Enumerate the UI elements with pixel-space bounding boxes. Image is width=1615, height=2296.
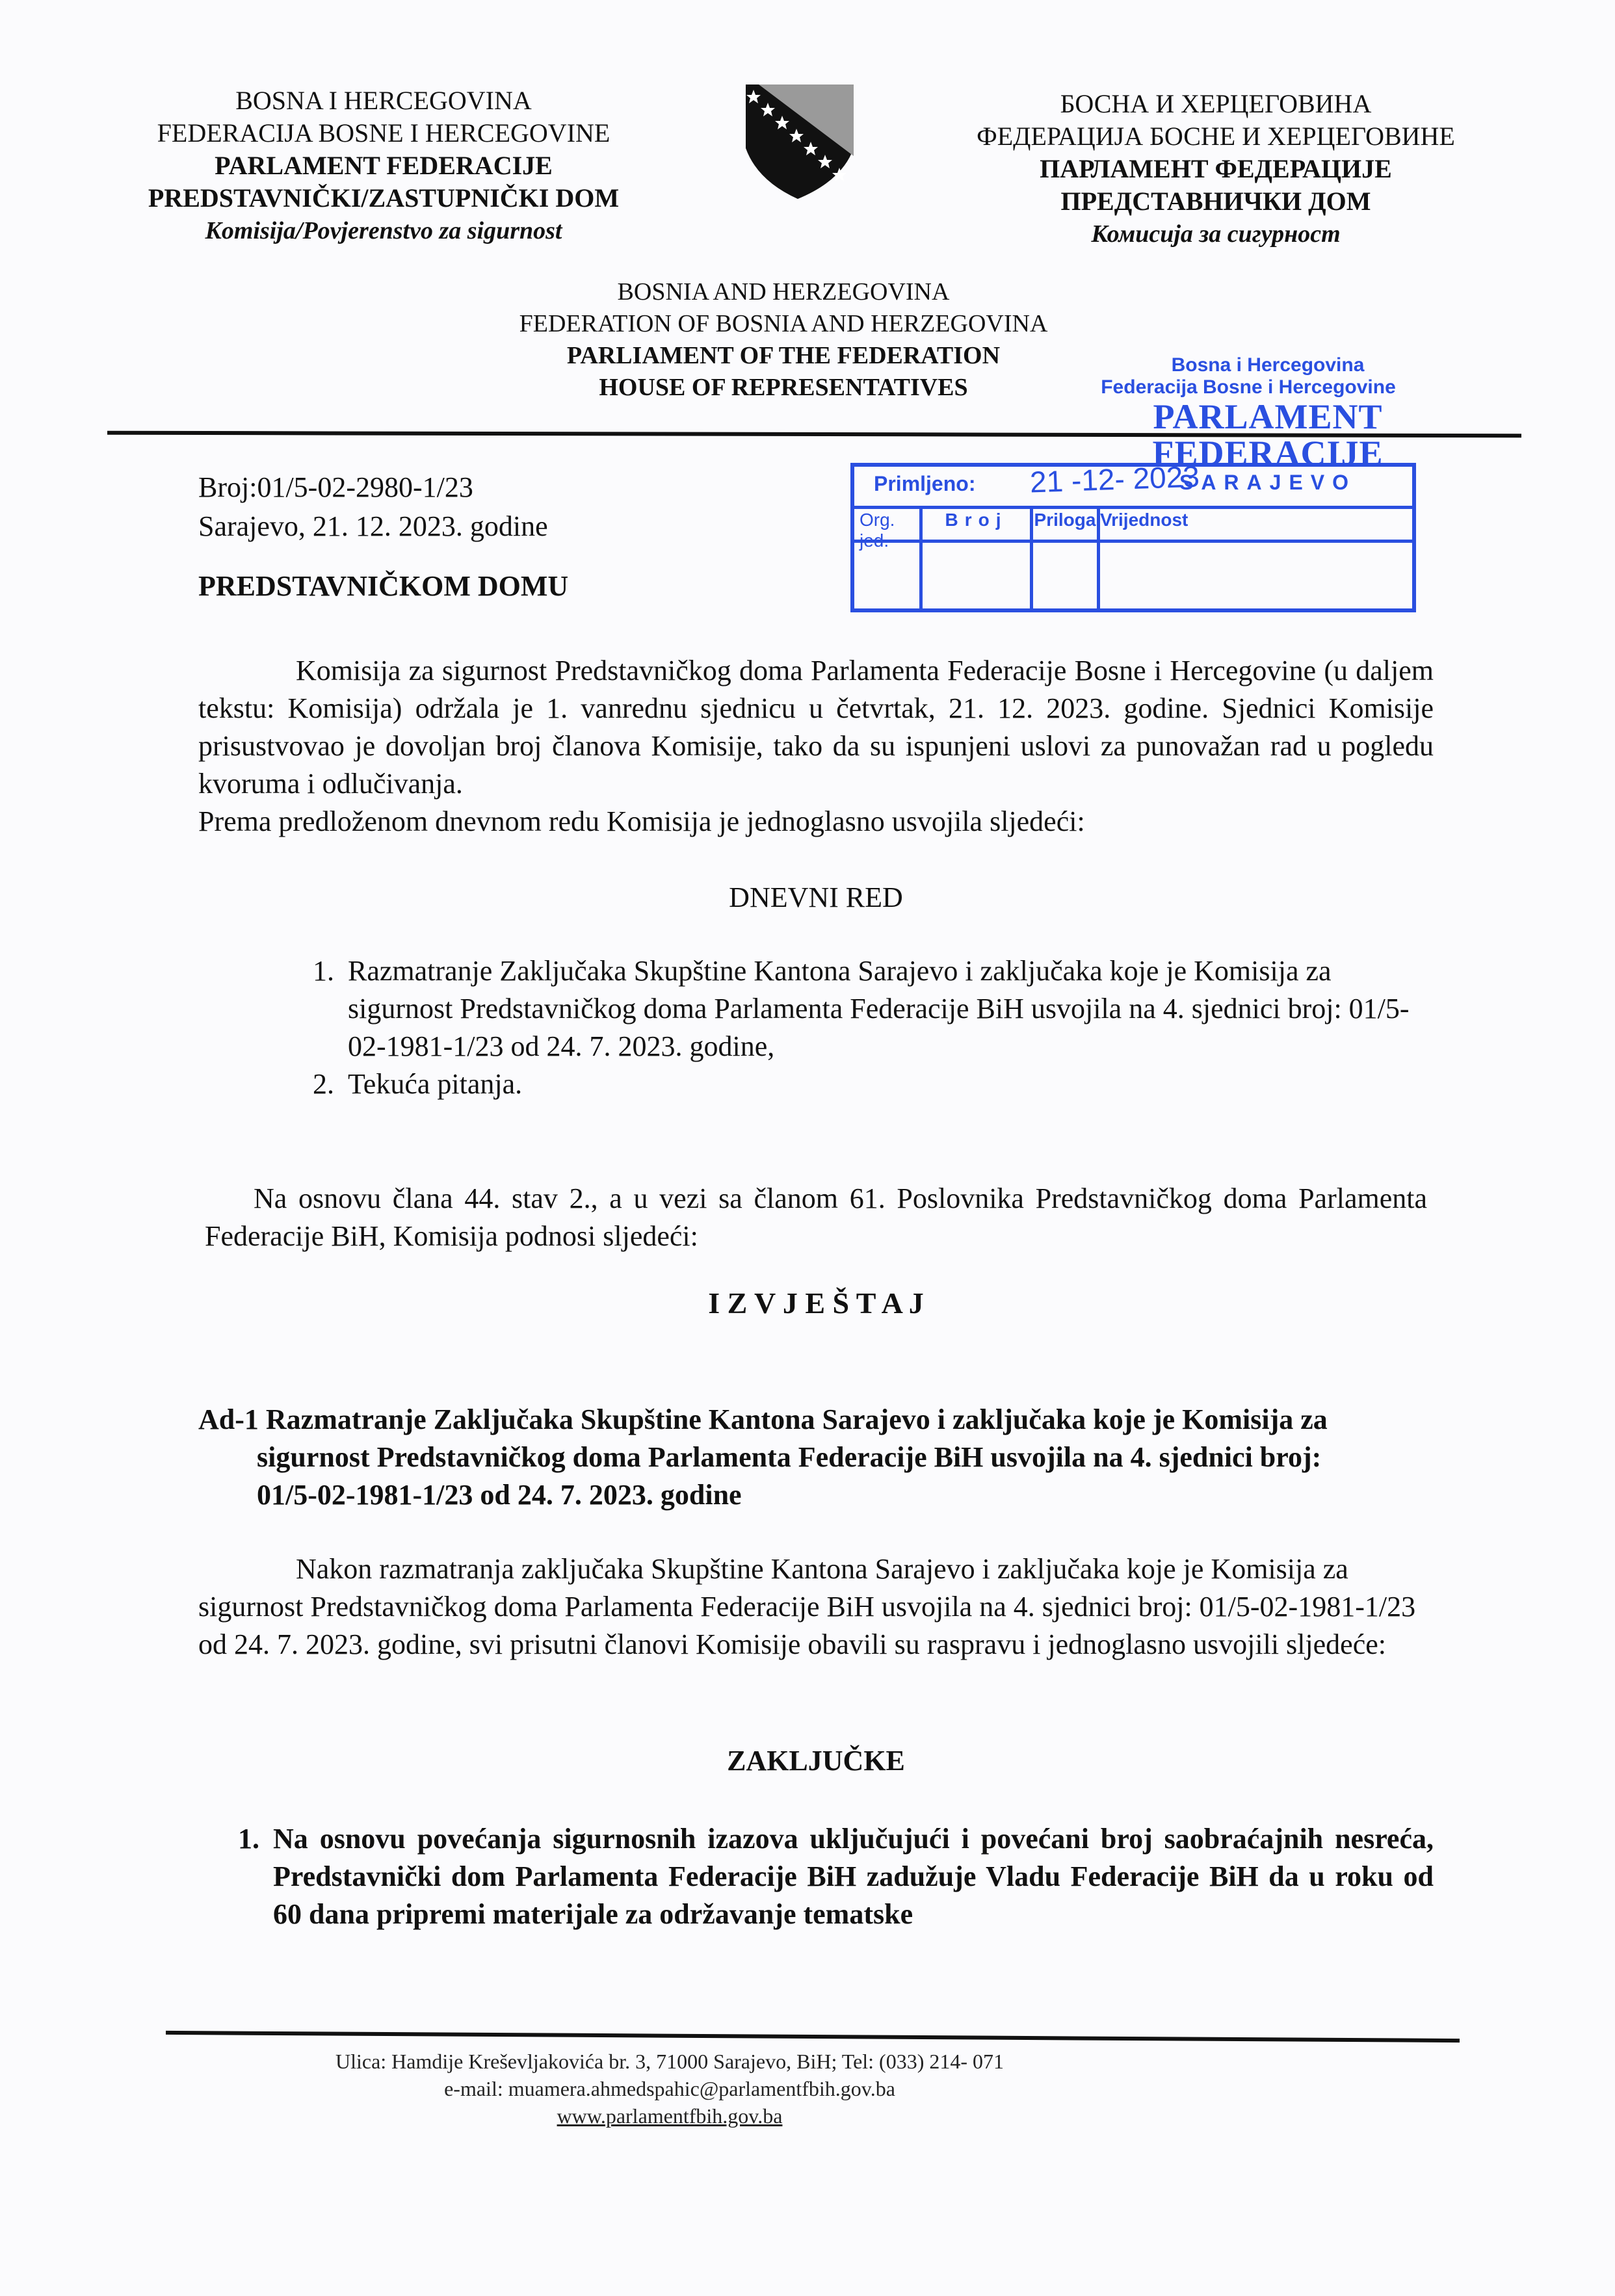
coat-of-arms-icon — [744, 83, 855, 200]
header-center-english: BOSNIA AND HERZEGOVINA FEDERATION OF BOS… — [468, 276, 1099, 404]
stamp-col-org-label: Org. jed. — [854, 507, 919, 554]
header-left-line4: PREDSTAVNIČKI/ZASTUPNIČKI DOM — [130, 182, 637, 215]
ad1-heading: Ad-1 Razmatranje Zaključaka Skupštine Ka… — [198, 1401, 1375, 1514]
document-meta: Broj:01/5-02-2980-1/23 Sarajevo, 21. 12.… — [198, 468, 568, 606]
intro-p1: Komisija za sigurnost Predstavničkog dom… — [198, 652, 1434, 803]
intro-paragraph: Komisija za sigurnost Predstavničkog dom… — [198, 652, 1434, 841]
header-right-line5: Комисија за сигурност — [936, 218, 1495, 250]
header-right-cyrillic: БОСНА И ХЕРЦЕГОВИНА ФЕДЕРАЦИЈА БОСНЕ И Х… — [936, 88, 1495, 250]
header-left-latin: BOSNA I HERCEGOVINA FEDERACIJA BOSNE I H… — [130, 85, 637, 247]
legal-basis: Na osnovu člana 44. stav 2., a u vezi sa… — [205, 1180, 1427, 1255]
ad1-text: Nakon razmatranja zaključaka Skupštine K… — [198, 1550, 1421, 1663]
footer-divider — [166, 2031, 1460, 2042]
conclusion-item: Na osnovu povećanja sigurnosnih izazova … — [267, 1820, 1434, 1933]
header-right-line3: ПАРЛАМЕНТ ФЕДЕРАЦИЈЕ — [936, 153, 1495, 185]
header-center-line1: BOSNIA AND HERZEGOVINA — [468, 276, 1099, 308]
header-right-line1: БОСНА И ХЕРЦЕГОВИНА — [936, 88, 1495, 120]
stamp-col-broj-label: Broj — [923, 507, 1030, 533]
footer-website-link[interactable]: www.parlamentfbih.gov.ba — [557, 2104, 783, 2128]
header-right-line4: ПРЕДСТАВНИЧКИ ДОМ — [936, 185, 1495, 218]
header-center-line2: FEDERATION OF BOSNIA AND HERZEGOVINA — [468, 308, 1099, 340]
document-number: Broj:01/5-02-2980-1/23 — [198, 468, 568, 507]
header-left-line5: Komisija/Povjerenstvo za sigurnost — [130, 215, 637, 247]
header-left-line2: FEDERACIJA BOSNE I HERCEGOVINE — [130, 117, 637, 150]
header-center-line4: HOUSE OF REPRESENTATIVES — [468, 372, 1099, 404]
conclusions-list: Na osnovu povećanja sigurnosnih izazova … — [228, 1820, 1434, 1933]
stamp-col-priloga-label: Priloga — [1033, 507, 1097, 533]
stamp-col-vrijednost: Vrijednost — [1100, 507, 1185, 608]
agenda-list: Razmatranje Zaključaka Skupštine Kantona… — [296, 952, 1434, 1103]
footer-email[interactable]: e-mail: muamera.ahmedspahic@parlamentfbi… — [166, 2075, 1174, 2102]
stamp-col-priloga: Priloga — [1033, 507, 1100, 608]
header-right-line2: ФЕДЕРАЦИЈА БОСНЕ И ХЕРЦЕГОВИНЕ — [936, 120, 1495, 153]
stamp-col-vrijednost-label: Vrijednost — [1100, 507, 1185, 533]
agenda-title: DNEVNI RED — [198, 881, 1434, 914]
header-center-line3: PARLIAMENT OF THE FEDERATION — [468, 340, 1099, 372]
stamp-col-org: Org. jed. — [854, 507, 923, 608]
footer: Ulica: Hamdije Kreševljakovića br. 3, 71… — [166, 2048, 1174, 2130]
agenda-item: Razmatranje Zaključaka Skupštine Kantona… — [341, 952, 1434, 1065]
header-left-line3: PARLAMENT FEDERACIJE — [130, 150, 637, 182]
stamp-col-broj: Broj — [923, 507, 1033, 608]
received-date: 21 -12- 2023 — [1029, 458, 1200, 499]
footer-address: Ulica: Hamdije Kreševljakovića br. 3, 71… — [166, 2048, 1174, 2075]
received-stamp: Primljeno: 21 -12- 2023 Org. jed. Broj P… — [850, 463, 1416, 612]
stamp-line1: Bosna i Hercegovina — [1086, 354, 1450, 376]
conclusions-title: ZAKLJUČKE — [198, 1744, 1434, 1777]
document-place-date: Sarajevo, 21. 12. 2023. godine — [198, 507, 568, 546]
addressee: PREDSTAVNIČKOM DOMU — [198, 567, 568, 606]
intro-p2: Prema predloženom dnevnom redu Komisija … — [198, 803, 1434, 841]
stamp-line2: Federacija Bosne i Hercegovine — [1047, 376, 1450, 398]
header-left-line1: BOSNA I HERCEGOVINA — [130, 85, 637, 117]
agenda-item: Tekuća pitanja. — [341, 1065, 1434, 1103]
received-label: Primljeno: — [874, 472, 975, 496]
report-title: I Z V J E Š T A J — [198, 1286, 1434, 1320]
